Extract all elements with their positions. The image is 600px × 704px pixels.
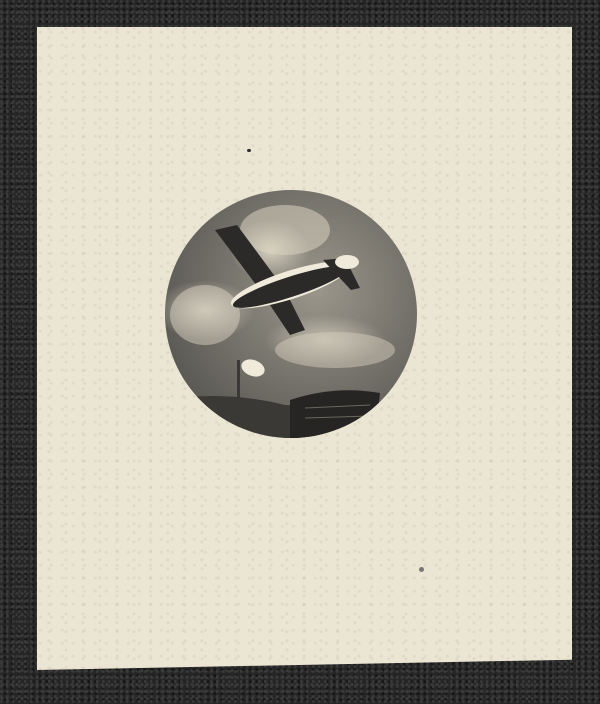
ink-speck: [419, 567, 424, 572]
hangar-building: [290, 390, 380, 438]
circular-vignette-print: [165, 190, 417, 438]
glider-scene-illustration: [165, 190, 417, 438]
ink-speck: [247, 149, 251, 152]
windsock: [239, 356, 267, 379]
